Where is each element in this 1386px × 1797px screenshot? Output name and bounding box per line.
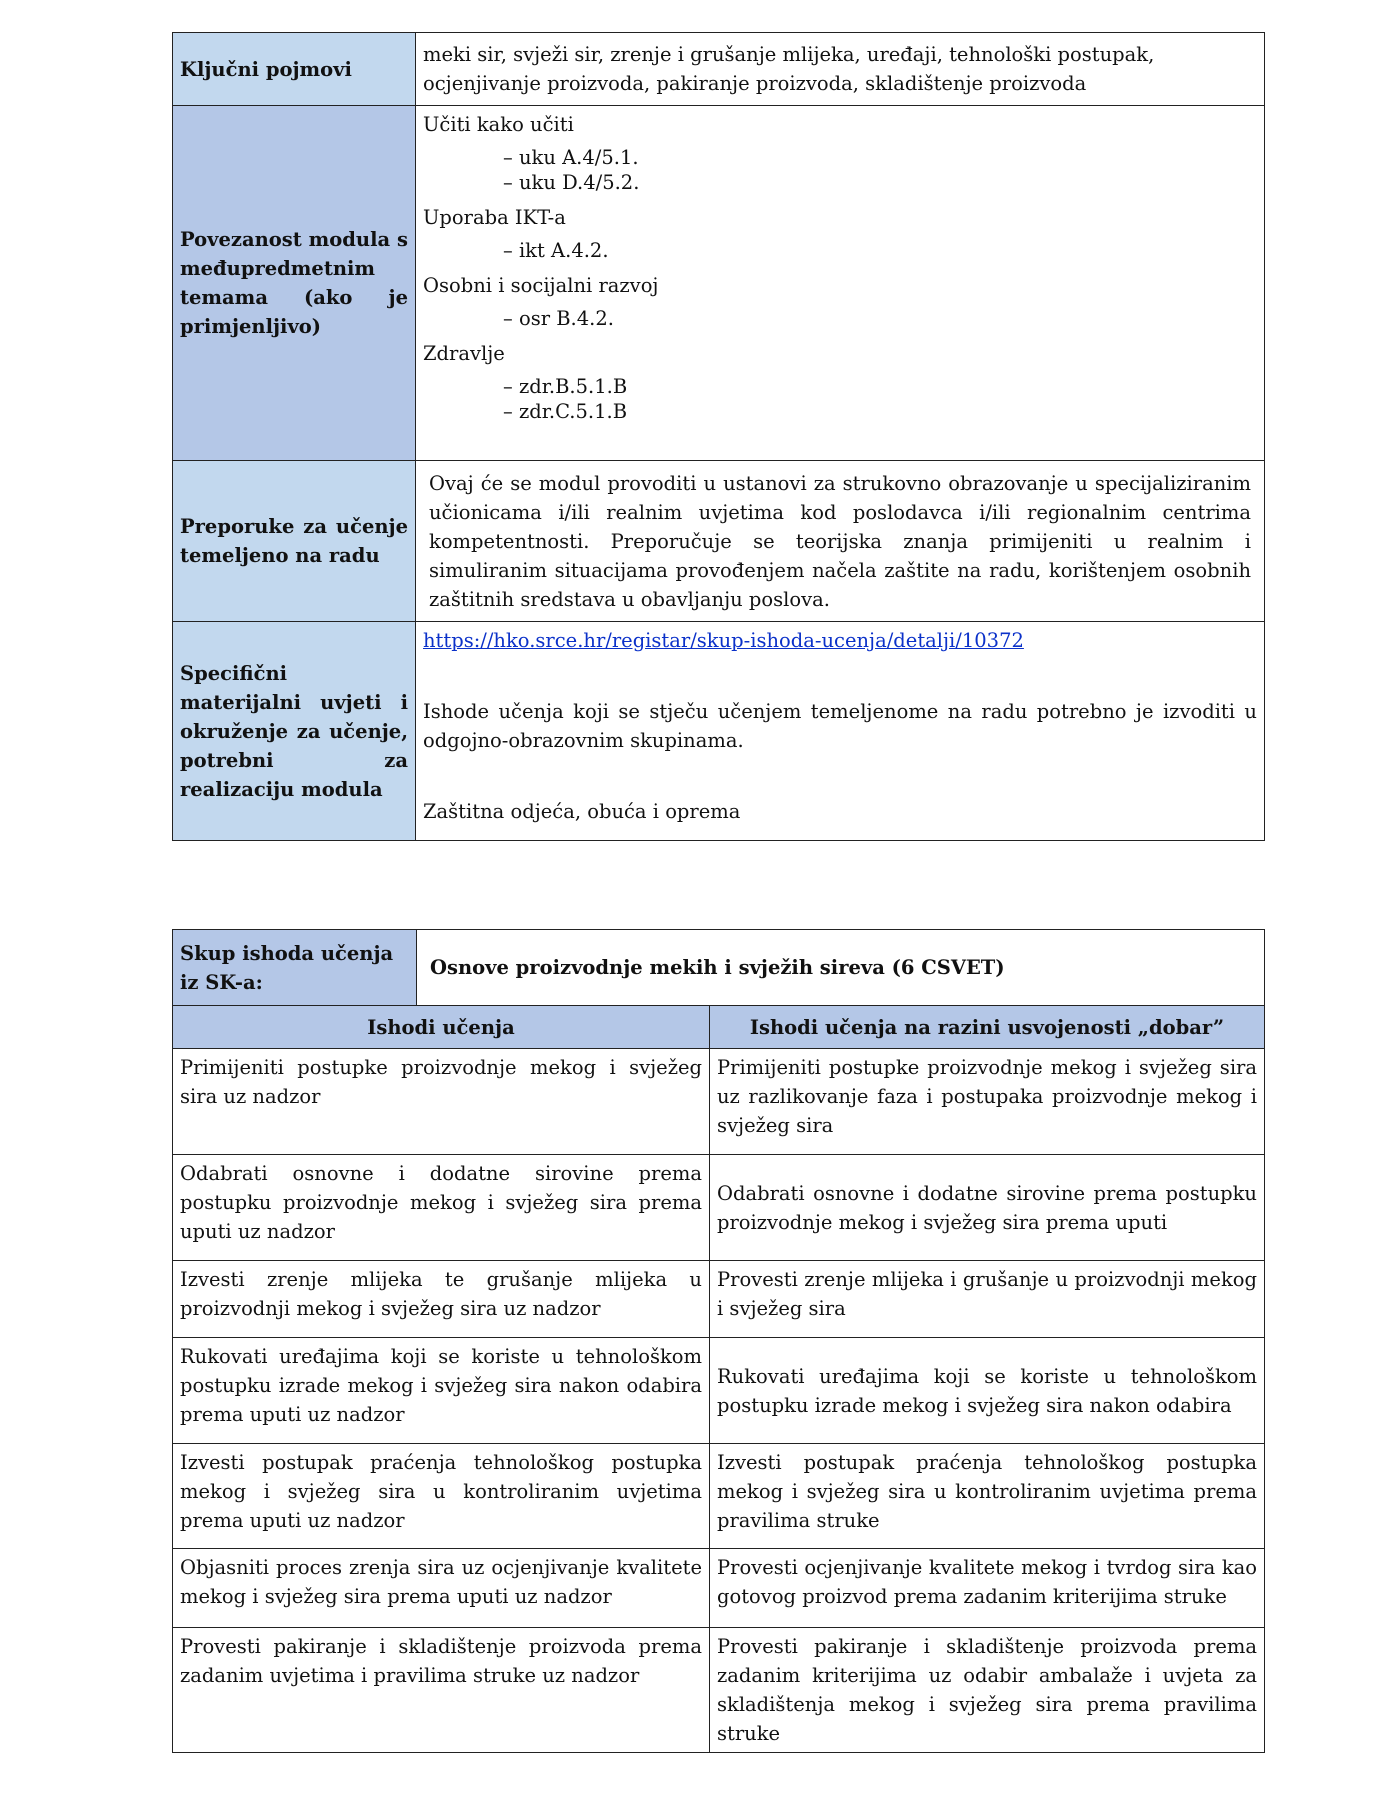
- material-conditions-value: https://hko.srce.hr/registar/skup-ishoda…: [416, 622, 1265, 841]
- outcome-set-label: Skup ishoda učenja iz SK-a:: [173, 930, 417, 1005]
- key-terms-label: Ključni pojmovi: [173, 33, 416, 106]
- outcome-cell: Primijeniti postupke proizvodnje mekog i…: [173, 1049, 710, 1155]
- outcome-row: Provesti pakiranje i skladištenje proizv…: [173, 1628, 1265, 1753]
- column-header-row: Ishodi učenja Ishodi učenja na razini us…: [173, 1006, 1265, 1049]
- outcome-row: Rukovati uređajima koji se koriste u teh…: [173, 1338, 1265, 1444]
- topic-item: – zdr.C.5.1.B: [423, 397, 1257, 426]
- outcome-good-cell: Odabrati osnovne i dodatne sirovine prem…: [710, 1155, 1265, 1261]
- work-based-learning-value: Ovaj će se modul provoditi u ustanovi za…: [416, 461, 1265, 622]
- outcome-row: Odabrati osnovne i dodatne sirovine prem…: [173, 1155, 1265, 1261]
- column-header-good-level: Ishodi učenja na razini usvojenosti „dob…: [710, 1006, 1265, 1049]
- outcome-row: Primijeniti postupke proizvodnje mekog i…: [173, 1049, 1265, 1155]
- topic-name: Učiti kako učiti: [423, 110, 1257, 139]
- outcome-cell: Izvesti zrenje mlijeka te grušanje mlije…: [173, 1261, 710, 1338]
- cross-curricular-topics: Učiti kako učiti – uku A.4/5.1. – uku D.…: [416, 106, 1265, 461]
- key-terms-value: meki sir, svježi sir, zrenje i grušanje …: [416, 33, 1265, 106]
- material-paragraph-1: Ishode učenja koji se stječu učenjem tem…: [423, 697, 1257, 755]
- topic-item: – uku D.4/5.2.: [423, 168, 1257, 197]
- outcome-good-cell: Provesti ocjenjivanje kvalitete mekog i …: [710, 1549, 1265, 1628]
- module-info-table: Ključni pojmovi meki sir, svježi sir, zr…: [172, 32, 1265, 841]
- topic-name: Zdravlje: [423, 339, 1257, 368]
- outcome-good-cell: Rukovati uređajima koji se koriste u teh…: [710, 1338, 1265, 1444]
- topic-group: Uporaba IKT-a – ikt A.4.2.: [423, 203, 1257, 265]
- topic-group: Učiti kako učiti – uku A.4/5.1. – uku D.…: [423, 110, 1257, 197]
- topic-item: – ikt A.4.2.: [423, 236, 1257, 265]
- work-based-learning-label: Preporuke za učenje temeljeno na radu: [173, 461, 416, 622]
- registry-link[interactable]: https://hko.srce.hr/registar/skup-ishoda…: [423, 629, 1024, 652]
- outcome-cell: Provesti pakiranje i skladištenje proizv…: [173, 1628, 710, 1753]
- learning-outcomes-table: Skup ishoda učenja iz SK-a: Osnove proiz…: [172, 929, 1265, 1753]
- outcome-good-cell: Provesti pakiranje i skladištenje proizv…: [710, 1628, 1265, 1753]
- material-paragraph-2: Zaštitna odjeća, obuća i oprema: [423, 797, 1257, 826]
- work-based-learning-row: Preporuke za učenje temeljeno na radu Ov…: [173, 461, 1265, 622]
- outcome-cell: Rukovati uređajima koji se koriste u teh…: [173, 1338, 710, 1444]
- outcome-row: Izvesti postupak praćenja tehnološkog po…: [173, 1444, 1265, 1549]
- outcome-set-title: Osnove proizvodnje mekih i svježih sirev…: [417, 930, 1264, 1005]
- outcome-good-cell: Provesti zrenje mlijeka i grušanje u pro…: [710, 1261, 1265, 1338]
- spacer: [423, 655, 1257, 697]
- topic-group: Osobni i socijalni razvoj – osr B.4.2.: [423, 271, 1257, 333]
- spacer: [423, 755, 1257, 797]
- outcome-set-cell: Skup ishoda učenja iz SK-a: Osnove proiz…: [173, 930, 1265, 1006]
- outcome-row: Objasniti proces zrenja sira uz ocjenjiv…: [173, 1549, 1265, 1628]
- key-terms-row: Ključni pojmovi meki sir, svježi sir, zr…: [173, 33, 1265, 106]
- material-conditions-row: Specifični materijalni uvjeti i okruženj…: [173, 622, 1265, 841]
- material-conditions-label: Specifični materijalni uvjeti i okruženj…: [173, 622, 416, 841]
- outcome-good-cell: Izvesti postupak praćenja tehnološkog po…: [710, 1444, 1265, 1549]
- outcome-set-row: Skup ishoda učenja iz SK-a: Osnove proiz…: [173, 930, 1265, 1006]
- outcome-cell: Objasniti proces zrenja sira uz ocjenjiv…: [173, 1549, 710, 1628]
- topic-item: – osr B.4.2.: [423, 304, 1257, 333]
- cross-curricular-row: Povezanost modula s međupredmetnim temam…: [173, 106, 1265, 461]
- outcome-row: Izvesti zrenje mlijeka te grušanje mlije…: [173, 1261, 1265, 1338]
- outcome-good-cell: Primijeniti postupke proizvodnje mekog i…: [710, 1049, 1265, 1155]
- cross-curricular-label: Povezanost modula s međupredmetnim temam…: [173, 106, 416, 461]
- topic-name: Osobni i socijalni razvoj: [423, 271, 1257, 300]
- topic-group: Zdravlje – zdr.B.5.1.B – zdr.C.5.1.B: [423, 339, 1257, 426]
- column-header-outcomes: Ishodi učenja: [173, 1006, 710, 1049]
- outcome-cell: Odabrati osnovne i dodatne sirovine prem…: [173, 1155, 710, 1261]
- topic-name: Uporaba IKT-a: [423, 203, 1257, 232]
- outcome-cell: Izvesti postupak praćenja tehnološkog po…: [173, 1444, 710, 1549]
